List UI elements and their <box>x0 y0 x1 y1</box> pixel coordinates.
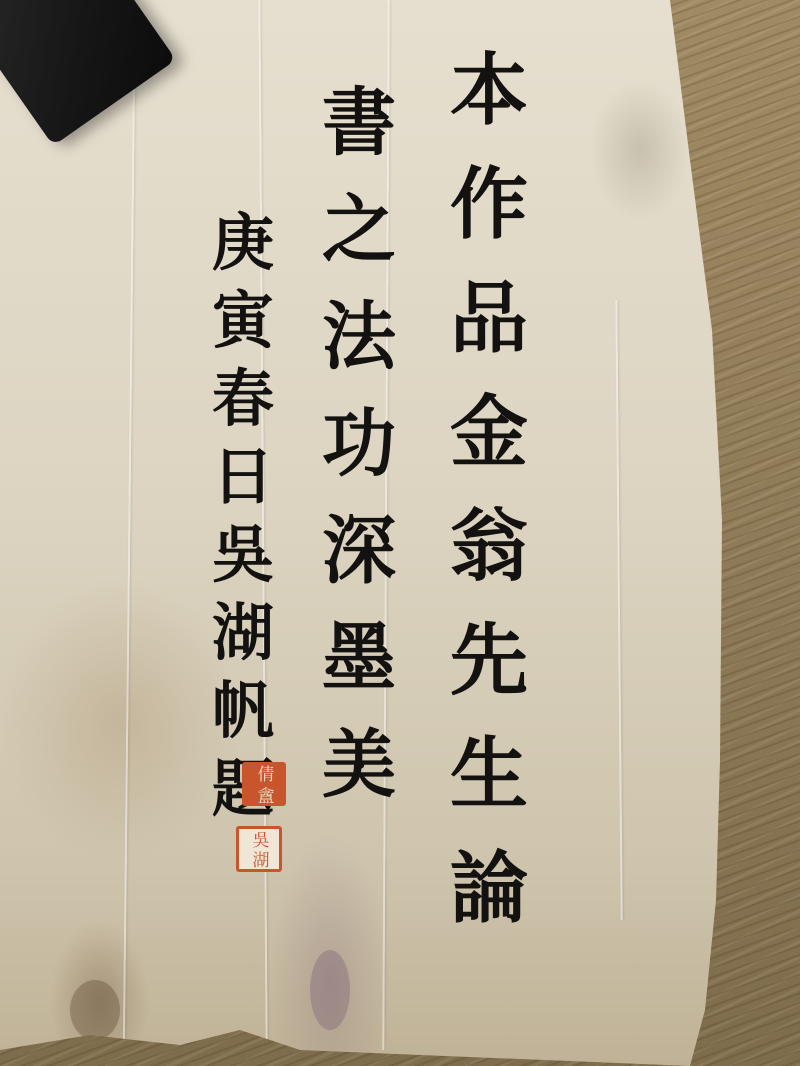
paper-crease <box>123 60 135 1050</box>
character: 論 <box>450 850 528 928</box>
water-stain <box>70 980 120 1040</box>
character: 品 <box>450 280 528 358</box>
seal-wu-hufan: 吳 湖 <box>236 826 282 872</box>
character: 金 <box>450 394 528 472</box>
character: 本 <box>450 52 528 130</box>
character: 吳 <box>212 524 274 586</box>
seal-qian-an: 倩 盦 <box>242 762 286 806</box>
character: 日 <box>212 446 274 508</box>
character: 作 <box>450 166 528 244</box>
main-text-right-column: 本 作 品 金 翁 先 生 論 <box>450 52 528 928</box>
character: 深 <box>322 514 396 588</box>
main-text-middle-column: 書 之 法 功 深 墨 美 <box>322 86 396 802</box>
character: 湖 <box>212 602 274 664</box>
character: 帆 <box>212 680 274 742</box>
character: 生 <box>450 736 528 814</box>
seal-character: 湖 <box>247 851 272 868</box>
character: 法 <box>322 300 396 374</box>
seal-character: 倩 <box>252 765 277 782</box>
character: 春 <box>212 368 274 430</box>
seal-character: 吳 <box>247 831 272 848</box>
character: 寅 <box>212 290 274 352</box>
character: 功 <box>322 407 396 481</box>
character: 美 <box>322 728 396 802</box>
character: 庚 <box>212 212 274 274</box>
character: 先 <box>450 622 528 700</box>
character: 書 <box>322 86 396 160</box>
character: 墨 <box>322 621 396 695</box>
character: 之 <box>322 193 396 267</box>
character: 翁 <box>450 508 528 586</box>
water-stain <box>310 950 350 1030</box>
seal-character: 盦 <box>252 787 277 804</box>
paper-crease <box>615 300 622 920</box>
inscription-column: 庚 寅 春 日 吳 湖 帆 題 <box>212 212 274 820</box>
